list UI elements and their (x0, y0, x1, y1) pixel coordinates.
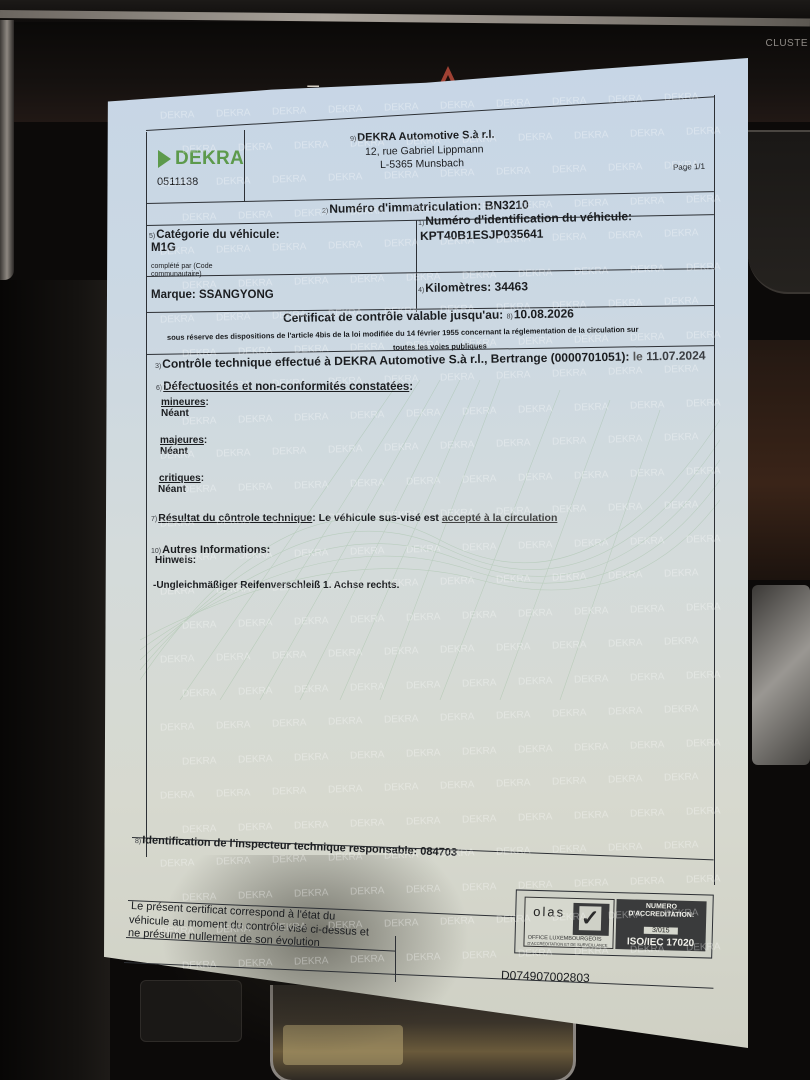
category-value: M1G (151, 242, 176, 254)
defects-minor-value: Néant (161, 408, 189, 419)
other-info-subtitle: Hinweis: (155, 555, 196, 566)
dekra-logo: DEKRA (158, 148, 244, 170)
validity-note-line2: toutes les voies publiques (393, 341, 487, 352)
air-vent (748, 130, 810, 294)
olas-logo: olas (533, 904, 565, 920)
accreditation-badge: olas ✓ OFFICE LUXEMBOURGEOISD'ACCRÉDITAT… (514, 889, 714, 958)
cluster-label: CLUSTE (766, 38, 808, 49)
defects-major-value: Néant (160, 446, 188, 457)
iso-standard: ISO/IEC 17020 (615, 936, 705, 949)
left-console (0, 280, 110, 1080)
defects-minor-label: mineures: (161, 397, 209, 408)
defects-critical-value: Néant (158, 484, 186, 495)
col-divider (416, 220, 417, 312)
mileage-field: 4)Kilomètres: 34463 (418, 279, 528, 295)
defects-title: 6)Défectuosités et non-conformités const… (156, 381, 413, 393)
make-field: Marque: SSANGYONG (151, 289, 274, 301)
frame-right (714, 95, 715, 885)
dekra-mark-icon (158, 150, 171, 168)
frame-left (146, 132, 147, 857)
console-button (140, 980, 242, 1042)
category-label: 5)Catégorie du véhicule: (149, 229, 280, 241)
accreditation-number-panel: NUMERO D'ACCREDITATION: 3/015 ISO/IEC 17… (615, 899, 706, 951)
category-note: complété par (Code communautaire) (151, 263, 221, 279)
page-indicator: Page 1/1 (673, 162, 705, 172)
checkmark-icon: ✓ (573, 903, 610, 936)
plastic-bag (752, 585, 810, 765)
dashboard-left-trim (0, 20, 14, 280)
result-field: 7)Résultat du côntrole technique: Le véh… (151, 512, 557, 524)
accreditation-number: 3/015 (644, 927, 678, 935)
logo-divider (244, 130, 245, 202)
station-code: 0511138 (157, 176, 198, 188)
wood-trim (748, 340, 810, 580)
defects-critical-label: critiques: (159, 473, 204, 484)
defects-major-label: majeures: (160, 435, 207, 446)
olas-panel: olas ✓ OFFICE LUXEMBOURGEOISD'ACCRÉDITAT… (523, 897, 614, 949)
disclaimer-divider (395, 936, 396, 982)
issuer-city: L-5365 Munsbach (380, 157, 464, 171)
other-info-note: -Ungleichmäßiger Reifenverschleiß 1. Ach… (153, 580, 399, 591)
olas-office-label: OFFICE LUXEMBOURGEOISD'ACCRÉDITATION ET … (527, 935, 607, 948)
vin-value: KPT40B1ESJP035641 (420, 227, 544, 243)
